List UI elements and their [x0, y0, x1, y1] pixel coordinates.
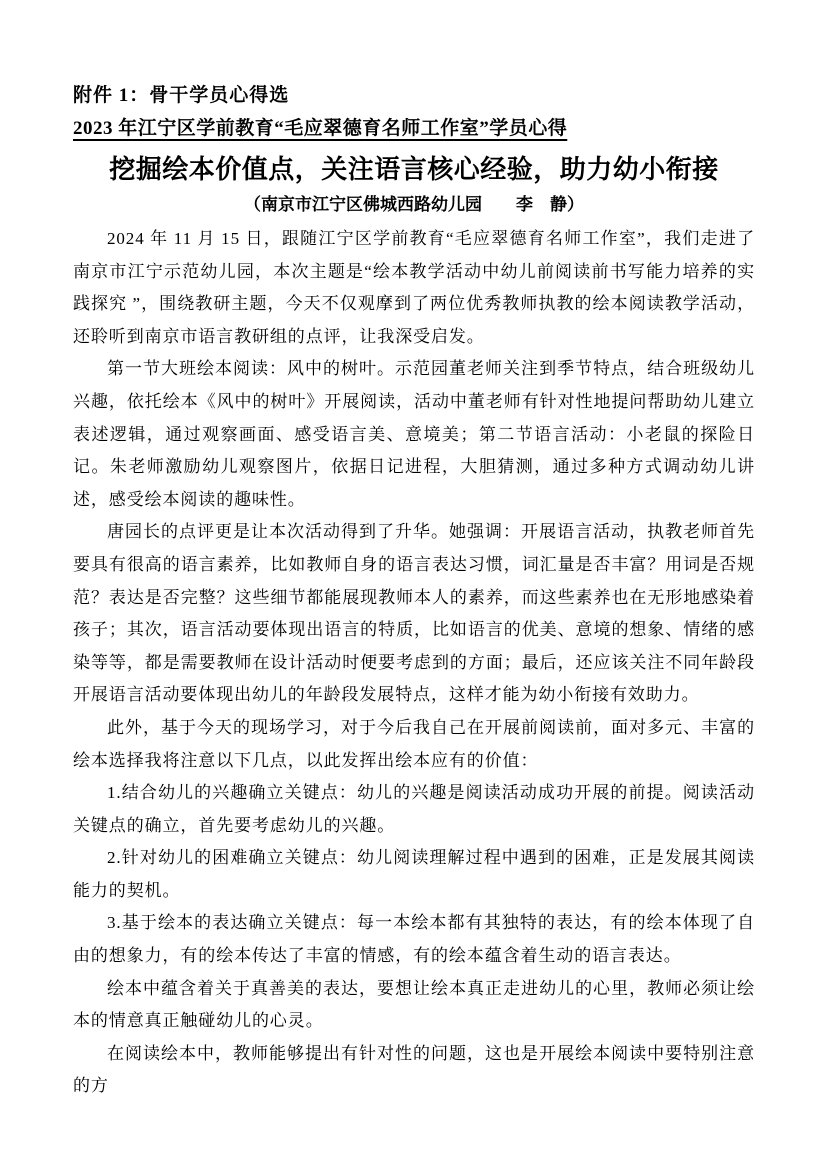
sub-heading-text: 2023 年江宁区学前教育“毛应翠德育名师工作室”学员心得 [73, 118, 567, 139]
page-title: 挖掘绘本价值点，关注语言核心经验，助力幼小衔接 [73, 148, 755, 190]
document-content: 附件 1：骨干学员心得选 2023 年江宁区学前教育“毛应翠德育名师工作室”学员… [73, 80, 755, 1103]
attachment-heading: 附件 1：骨干学员心得选 [73, 80, 755, 112]
paragraph-9: 在阅读绘本中，教师能够提出有针对性的问题，这也是开展绘本阅读中要特别注意的方 [73, 1038, 755, 1103]
paragraph-5: 1.结合幼儿的兴趣确立关键点：幼儿的兴趣是阅读活动成功开展的前提。阅读活动关键点… [73, 777, 755, 842]
paragraph-6: 2.针对幼儿的困难确立关键点：幼儿阅读理解过程中遇到的困难，正是发展其阅读能力的… [73, 842, 755, 907]
paragraph-3: 唐园长的点评更是让本次活动得到了升华。她强调：开展语言活动，执教老师首先要具有很… [73, 516, 755, 712]
paragraph-7: 3.基于绘本的表达确立关键点：每一本绘本都有其独特的表达，有的绘本体现了自由的想… [73, 907, 755, 972]
sub-heading: 2023 年江宁区学前教育“毛应翠德育名师工作室”学员心得 [73, 112, 755, 146]
byline: （南京市江宁区佛城西路幼儿园 李 静） [73, 190, 755, 220]
document-page: 附件 1：骨干学员心得选 2023 年江宁区学前教育“毛应翠德育名师工作室”学员… [0, 0, 827, 1170]
paragraph-1: 2024 年 11 月 15 日，跟随江宁区学前教育“毛应翠德育名师工作室”，我… [73, 223, 755, 353]
paragraph-4: 此外，基于今天的现场学习，对于今后我自己在开展前阅读前，面对多元、丰富的绘本选择… [73, 712, 755, 777]
paragraph-8: 绘本中蕴含着关于真善美的表达，要想让绘本真正走进幼儿的心里，教师必须让绘本的情意… [73, 973, 755, 1038]
paragraph-2: 第一节大班绘本阅读：风中的树叶。示范园董老师关注到季节特点，结合班级幼儿兴趣，依… [73, 353, 755, 516]
